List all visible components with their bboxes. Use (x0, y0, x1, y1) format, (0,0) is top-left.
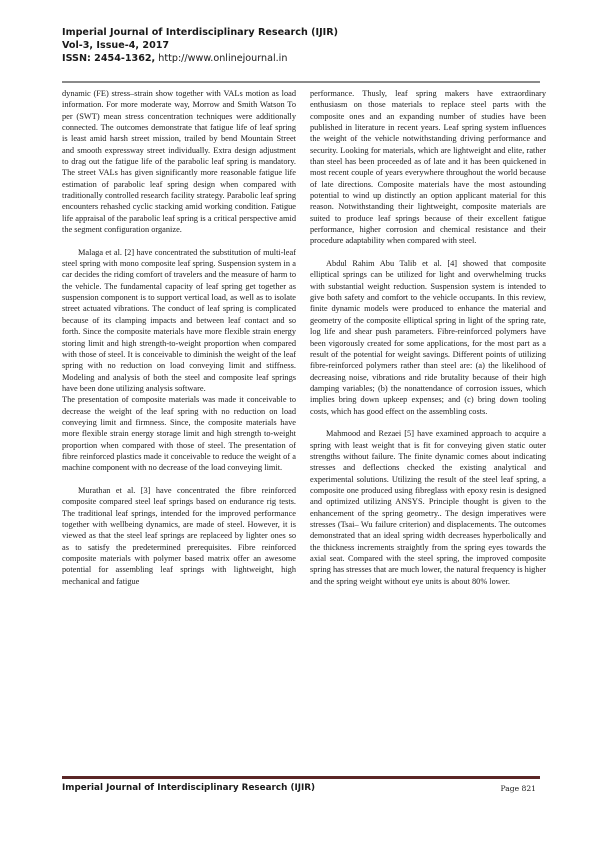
volume-issue: Vol-3, Issue-4, 2017 (62, 39, 338, 52)
footer-journal-title: Imperial Journal of Interdisciplinary Re… (62, 783, 315, 793)
right-column: performance. Thusly, leaf spring makers … (310, 88, 546, 587)
journal-title: Imperial Journal of Interdisciplinary Re… (62, 26, 338, 39)
issn: ISSN: 2454-1362, (62, 53, 155, 64)
paragraph: Murathan et al. [3] have concentrated th… (62, 485, 296, 587)
paragraph: The presentation of composite materials … (62, 394, 296, 473)
paragraph: Abdul Rahim Abu Talib et al. [4] showed … (310, 258, 546, 417)
paragraph: dynamic (FE) stress–strain show together… (62, 88, 296, 235)
header-divider (62, 81, 540, 83)
page-number: Page 821 (500, 784, 536, 793)
journal-url: http://www.onlinejournal.in (155, 53, 287, 64)
left-column: dynamic (FE) stress–strain show together… (62, 88, 296, 587)
paragraph: Mahmood and Rezaei [5] have examined app… (310, 428, 546, 587)
running-header: Imperial Journal of Interdisciplinary Re… (62, 26, 338, 65)
paragraph: Malaga et al. [2] have concentrated the … (62, 247, 296, 394)
paragraph: performance. Thusly, leaf spring makers … (310, 88, 546, 247)
footer-divider (62, 776, 540, 779)
